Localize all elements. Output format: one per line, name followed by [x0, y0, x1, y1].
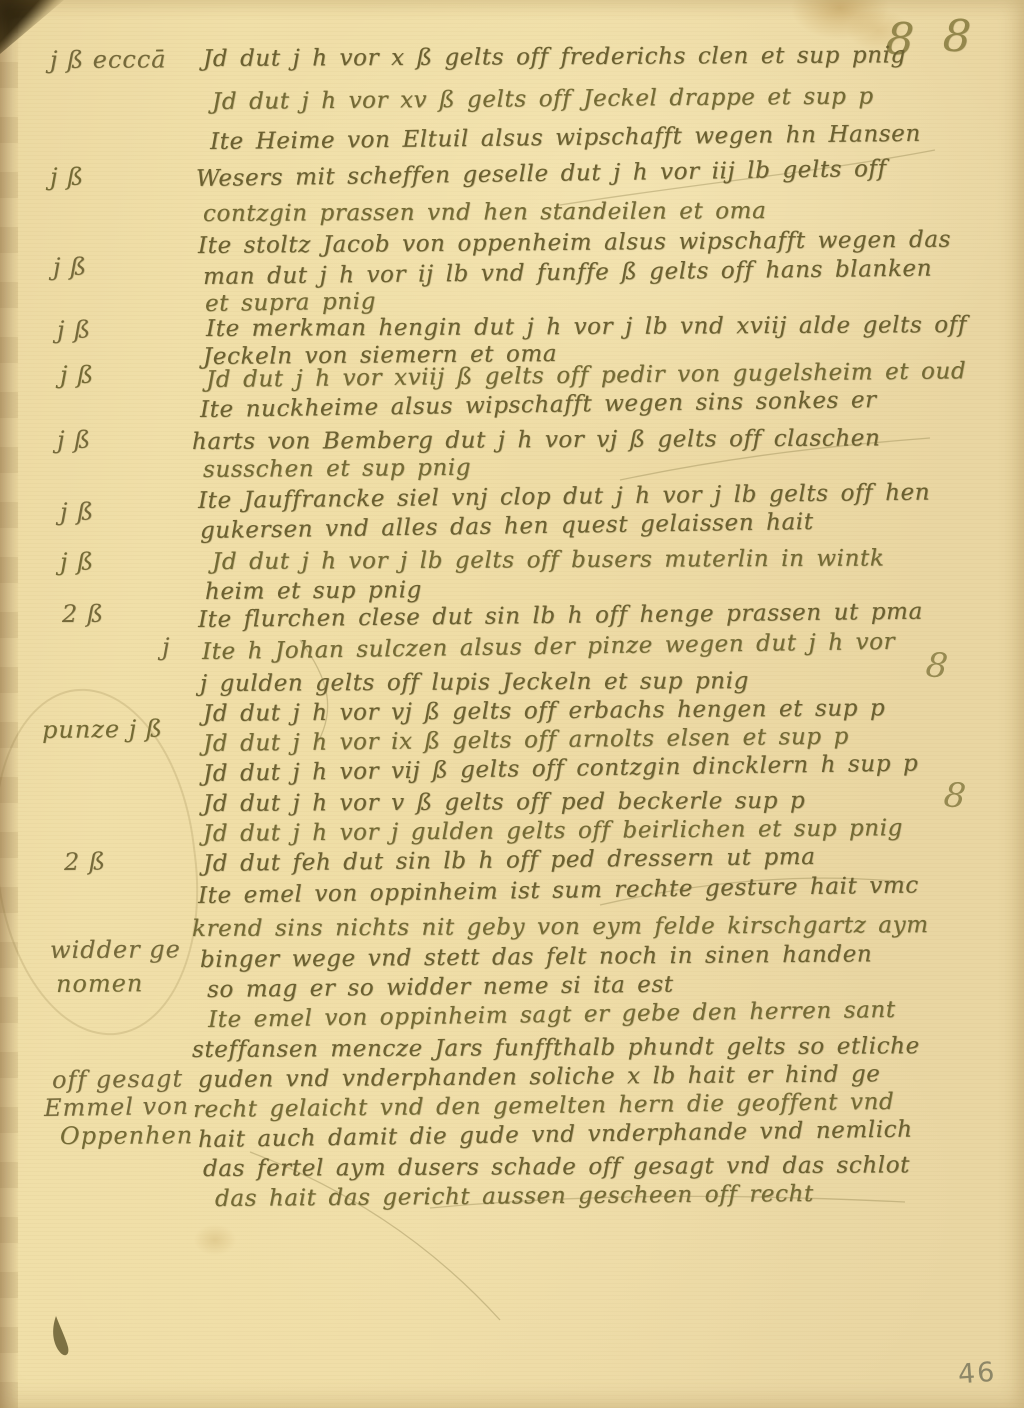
manuscript-line: Jd dut j h vor x ß gelts off frederichs …	[203, 40, 906, 74]
manuscript-line: Ite Heime von Eltuil alsus wipschafft we…	[210, 119, 921, 157]
manuscript-line: harts von Bemberg dut j h vor vj ß gelts…	[192, 423, 880, 457]
torn-left-edge	[0, 0, 18, 1408]
manuscript-line: binger wege vnd stett das felt noch in s…	[200, 939, 873, 975]
loop-flourish-2: 8	[942, 775, 968, 817]
manuscript-line: das hait das gericht aussen gescheen off…	[215, 1179, 814, 1214]
manuscript-line: Jd dut j h vor xv ß gelts off Jeckel dra…	[212, 81, 874, 117]
margin-note: Emmel von	[44, 1092, 189, 1122]
manuscript-line: susschen et sup pnig	[203, 453, 471, 485]
manuscript-line: contzgin prassen vnd hen standeilen et o…	[203, 196, 767, 229]
margin-note: j ß	[60, 361, 94, 389]
loop-flourish-1: 8	[924, 645, 950, 687]
ink-blot	[53, 1316, 68, 1355]
folio-number: 46	[957, 1357, 997, 1391]
margin-note: j ß	[50, 163, 84, 191]
margin-note: 2 ß	[62, 600, 104, 628]
manuscript-line: j gulden gelts off lupis Jeckeln et sup …	[200, 666, 749, 699]
margin-note: 2 ß	[64, 847, 106, 876]
margin-note: j ß	[57, 316, 92, 344]
manuscript-page: 8 8 8 8 Jd dut j h vor x ß gelts off fre…	[0, 0, 1024, 1408]
folio-mark-right: 8	[942, 10, 973, 62]
margin-note: j ß	[60, 548, 95, 576]
manuscript-line: Wesers mit scheffen geselle dut j h vor …	[196, 154, 887, 194]
margin-note: nomen	[56, 969, 144, 998]
margin-note: widder ge	[50, 935, 181, 964]
margin-note: off gesagt	[52, 1064, 183, 1094]
margin-note: Oppenhen	[60, 1121, 193, 1150]
margin-note: j ß	[60, 498, 94, 526]
margin-note: j ß	[53, 253, 87, 281]
margin-note: punze j ß	[42, 715, 163, 744]
manuscript-line: Ite merkman hengin dut j h vor j lb vnd …	[206, 310, 967, 344]
margin-note: j	[162, 633, 171, 661]
manuscript-line: Jd dut j h vor j lb gelts off busers mut…	[212, 543, 885, 577]
margin-note: j ß	[57, 426, 91, 454]
margin-note: j ß ecccā	[50, 45, 167, 74]
